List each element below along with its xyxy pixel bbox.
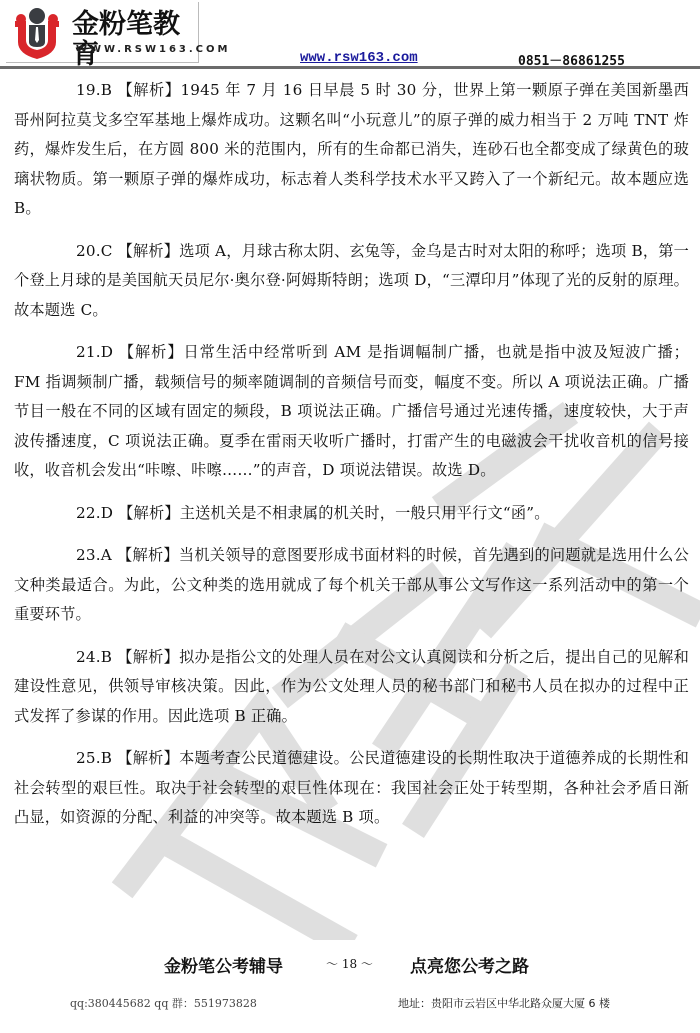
analysis-tag: 【解析】 bbox=[117, 648, 179, 666]
answer-text: 当机关领导的意图要形成书面材料的时候，首先遇到的问题就是选用什么公文种类最适合。… bbox=[14, 546, 689, 623]
answer-text: 1945 年 7 月 16 日早晨 5 时 30 分，世界上第一颗原子弹在美国新… bbox=[14, 81, 689, 217]
analysis-tag: 【解析】 bbox=[119, 343, 184, 361]
answer-number: 22.D bbox=[76, 504, 113, 522]
header-divider bbox=[0, 66, 700, 69]
footer-slogans: 金粉笔公考辅导 ～ 18 ～ 点亮您公考之路 bbox=[0, 952, 700, 978]
answer-25: 25.B 【解析】本题考查公民道德建设。公民道德建设的长期性取决于道德养成的长期… bbox=[14, 744, 689, 833]
answer-number: 24.B bbox=[76, 648, 112, 666]
page-header: 金粉笔教育 WWW.RSW163.COM www.rsw163.com 0851… bbox=[0, 0, 700, 70]
analysis-tag: 【解析】 bbox=[117, 749, 179, 767]
answer-number: 20.C bbox=[76, 242, 113, 260]
answer-19: 19.B 【解析】1945 年 7 月 16 日早晨 5 时 30 分，世界上第… bbox=[14, 76, 689, 224]
answer-text: 日常生活中经常听到 AM 是指调幅制广播，也就是指中波及短波广播；FM 指调频制… bbox=[14, 343, 689, 479]
footer-right-slogan: 点亮您公考之路 bbox=[410, 952, 529, 977]
answer-text: 主送机关是不相隶属的机关时，一般只用平行文“函”。 bbox=[180, 504, 550, 522]
site-link[interactable]: www.rsw163.com bbox=[300, 50, 418, 66]
analysis-tag: 【解析】 bbox=[118, 504, 180, 522]
logo: 金粉笔教育 WWW.RSW163.COM bbox=[6, 2, 199, 63]
footer-address: 地址：贵阳市云岩区中华北路众厦大厦 6 楼 bbox=[398, 995, 610, 1011]
answer-number: 19.B bbox=[76, 81, 112, 99]
analysis-tag: 【解析】 bbox=[117, 546, 179, 564]
logo-name: 金粉笔教育 bbox=[72, 10, 198, 70]
answer-number: 23.A bbox=[76, 546, 112, 564]
logo-url: WWW.RSW163.COM bbox=[76, 44, 230, 55]
footer-left-slogan: 金粉笔公考辅导 bbox=[164, 952, 283, 977]
page-number: ～ 18 ～ bbox=[326, 955, 373, 972]
footer-qq: qq:380445682 qq 群：551973828 bbox=[70, 995, 257, 1011]
answer-list: 19.B 【解析】1945 年 7 月 16 日早晨 5 时 30 分，世界上第… bbox=[14, 76, 689, 846]
logo-icon bbox=[12, 6, 62, 60]
answer-text: 选项 A，月球古称太阴、玄兔等，金乌是古时对太阳的称呼；选项 B，第一个登上月球… bbox=[14, 242, 689, 319]
answer-23: 23.A 【解析】当机关领导的意图要形成书面材料的时候，首先遇到的问题就是选用什… bbox=[14, 541, 689, 630]
analysis-tag: 【解析】 bbox=[118, 81, 181, 99]
answer-text: 拟办是指公文的处理人员在对公文认真阅读和分析之后，提出自己的见解和建设性意见，供… bbox=[14, 648, 689, 725]
answer-text: 本题考查公民道德建设。公民道德建设的长期性取决于道德养成的长期性和社会转型的艰巨… bbox=[14, 749, 689, 826]
answer-24: 24.B 【解析】拟办是指公文的处理人员在对公文认真阅读和分析之后，提出自己的见… bbox=[14, 643, 689, 732]
analysis-tag: 【解析】 bbox=[118, 242, 180, 260]
answer-21: 21.D 【解析】日常生活中经常听到 AM 是指调幅制广播，也就是指中波及短波广… bbox=[14, 338, 689, 486]
footer-contact: qq:380445682 qq 群：551973828 地址：贵阳市云岩区中华北… bbox=[0, 995, 700, 1015]
answer-20: 20.C 【解析】选项 A，月球古称太阴、玄兔等，金乌是古时对太阳的称呼；选项 … bbox=[14, 237, 689, 326]
answer-22: 22.D 【解析】主送机关是不相隶属的机关时，一般只用平行文“函”。 bbox=[14, 499, 689, 529]
answer-number: 25.B bbox=[76, 749, 112, 767]
answer-number: 21.D bbox=[76, 343, 113, 361]
